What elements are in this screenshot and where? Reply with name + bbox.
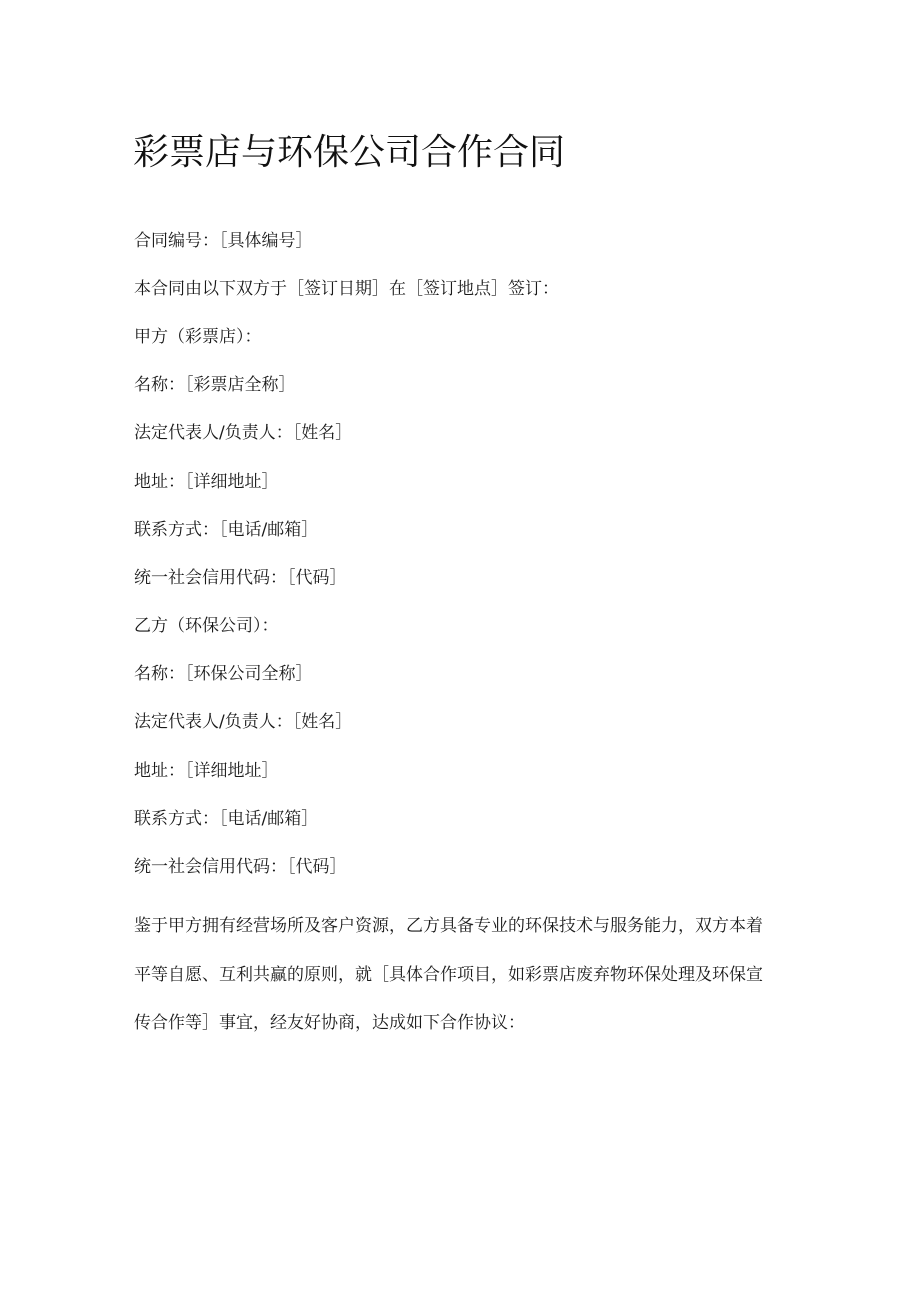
party-b-credit-code: 统一社会信用代码：［代码］ — [134, 855, 347, 879]
contract-number-line: 合同编号：［具体编号］ — [134, 229, 313, 253]
party-a-credit-code: 统一社会信用代码：［代码］ — [134, 566, 347, 590]
party-a-address: 地址：［详细地址］ — [134, 470, 279, 494]
preamble-line: 传合作等］事宜，经友好协商，达成如下合作协议： — [134, 999, 774, 1048]
party-b-heading: 乙方（环保公司）： — [134, 614, 279, 638]
preamble-line: 平等自愿、互利共赢的原则，就［具体合作项目，如彩票店废弃物环保处理及环保宣 — [134, 951, 774, 1000]
party-b-name: 名称：［环保公司全称］ — [134, 662, 313, 686]
document-title: 彩票店与环保公司合作合同 — [133, 128, 565, 178]
party-a-representative: 法定代表人/负责人：［姓名］ — [134, 421, 352, 445]
document-page: 彩票店与环保公司合作合同 合同编号：［具体编号］ 本合同由以下双方于［签订日期］… — [0, 0, 920, 1301]
preamble-line: 鉴于甲方拥有经营场所及客户资源，乙方具备专业的环保技术与服务能力，双方本着 — [134, 902, 774, 951]
preamble-paragraph: 鉴于甲方拥有经营场所及客户资源，乙方具备专业的环保技术与服务能力，双方本着 平等… — [134, 902, 774, 1048]
party-b-representative: 法定代表人/负责人：［姓名］ — [134, 710, 352, 734]
party-a-name: 名称：［彩票店全称］ — [134, 373, 296, 397]
party-a-contact: 联系方式：［电话/邮箱］ — [134, 518, 318, 542]
party-b-contact: 联系方式：［电话/邮箱］ — [134, 807, 318, 831]
signing-intro-line: 本合同由以下双方于［签订日期］在［签订地点］签订： — [134, 277, 559, 301]
party-a-heading: 甲方（彩票店）： — [134, 325, 262, 349]
party-b-address: 地址：［详细地址］ — [134, 759, 279, 783]
